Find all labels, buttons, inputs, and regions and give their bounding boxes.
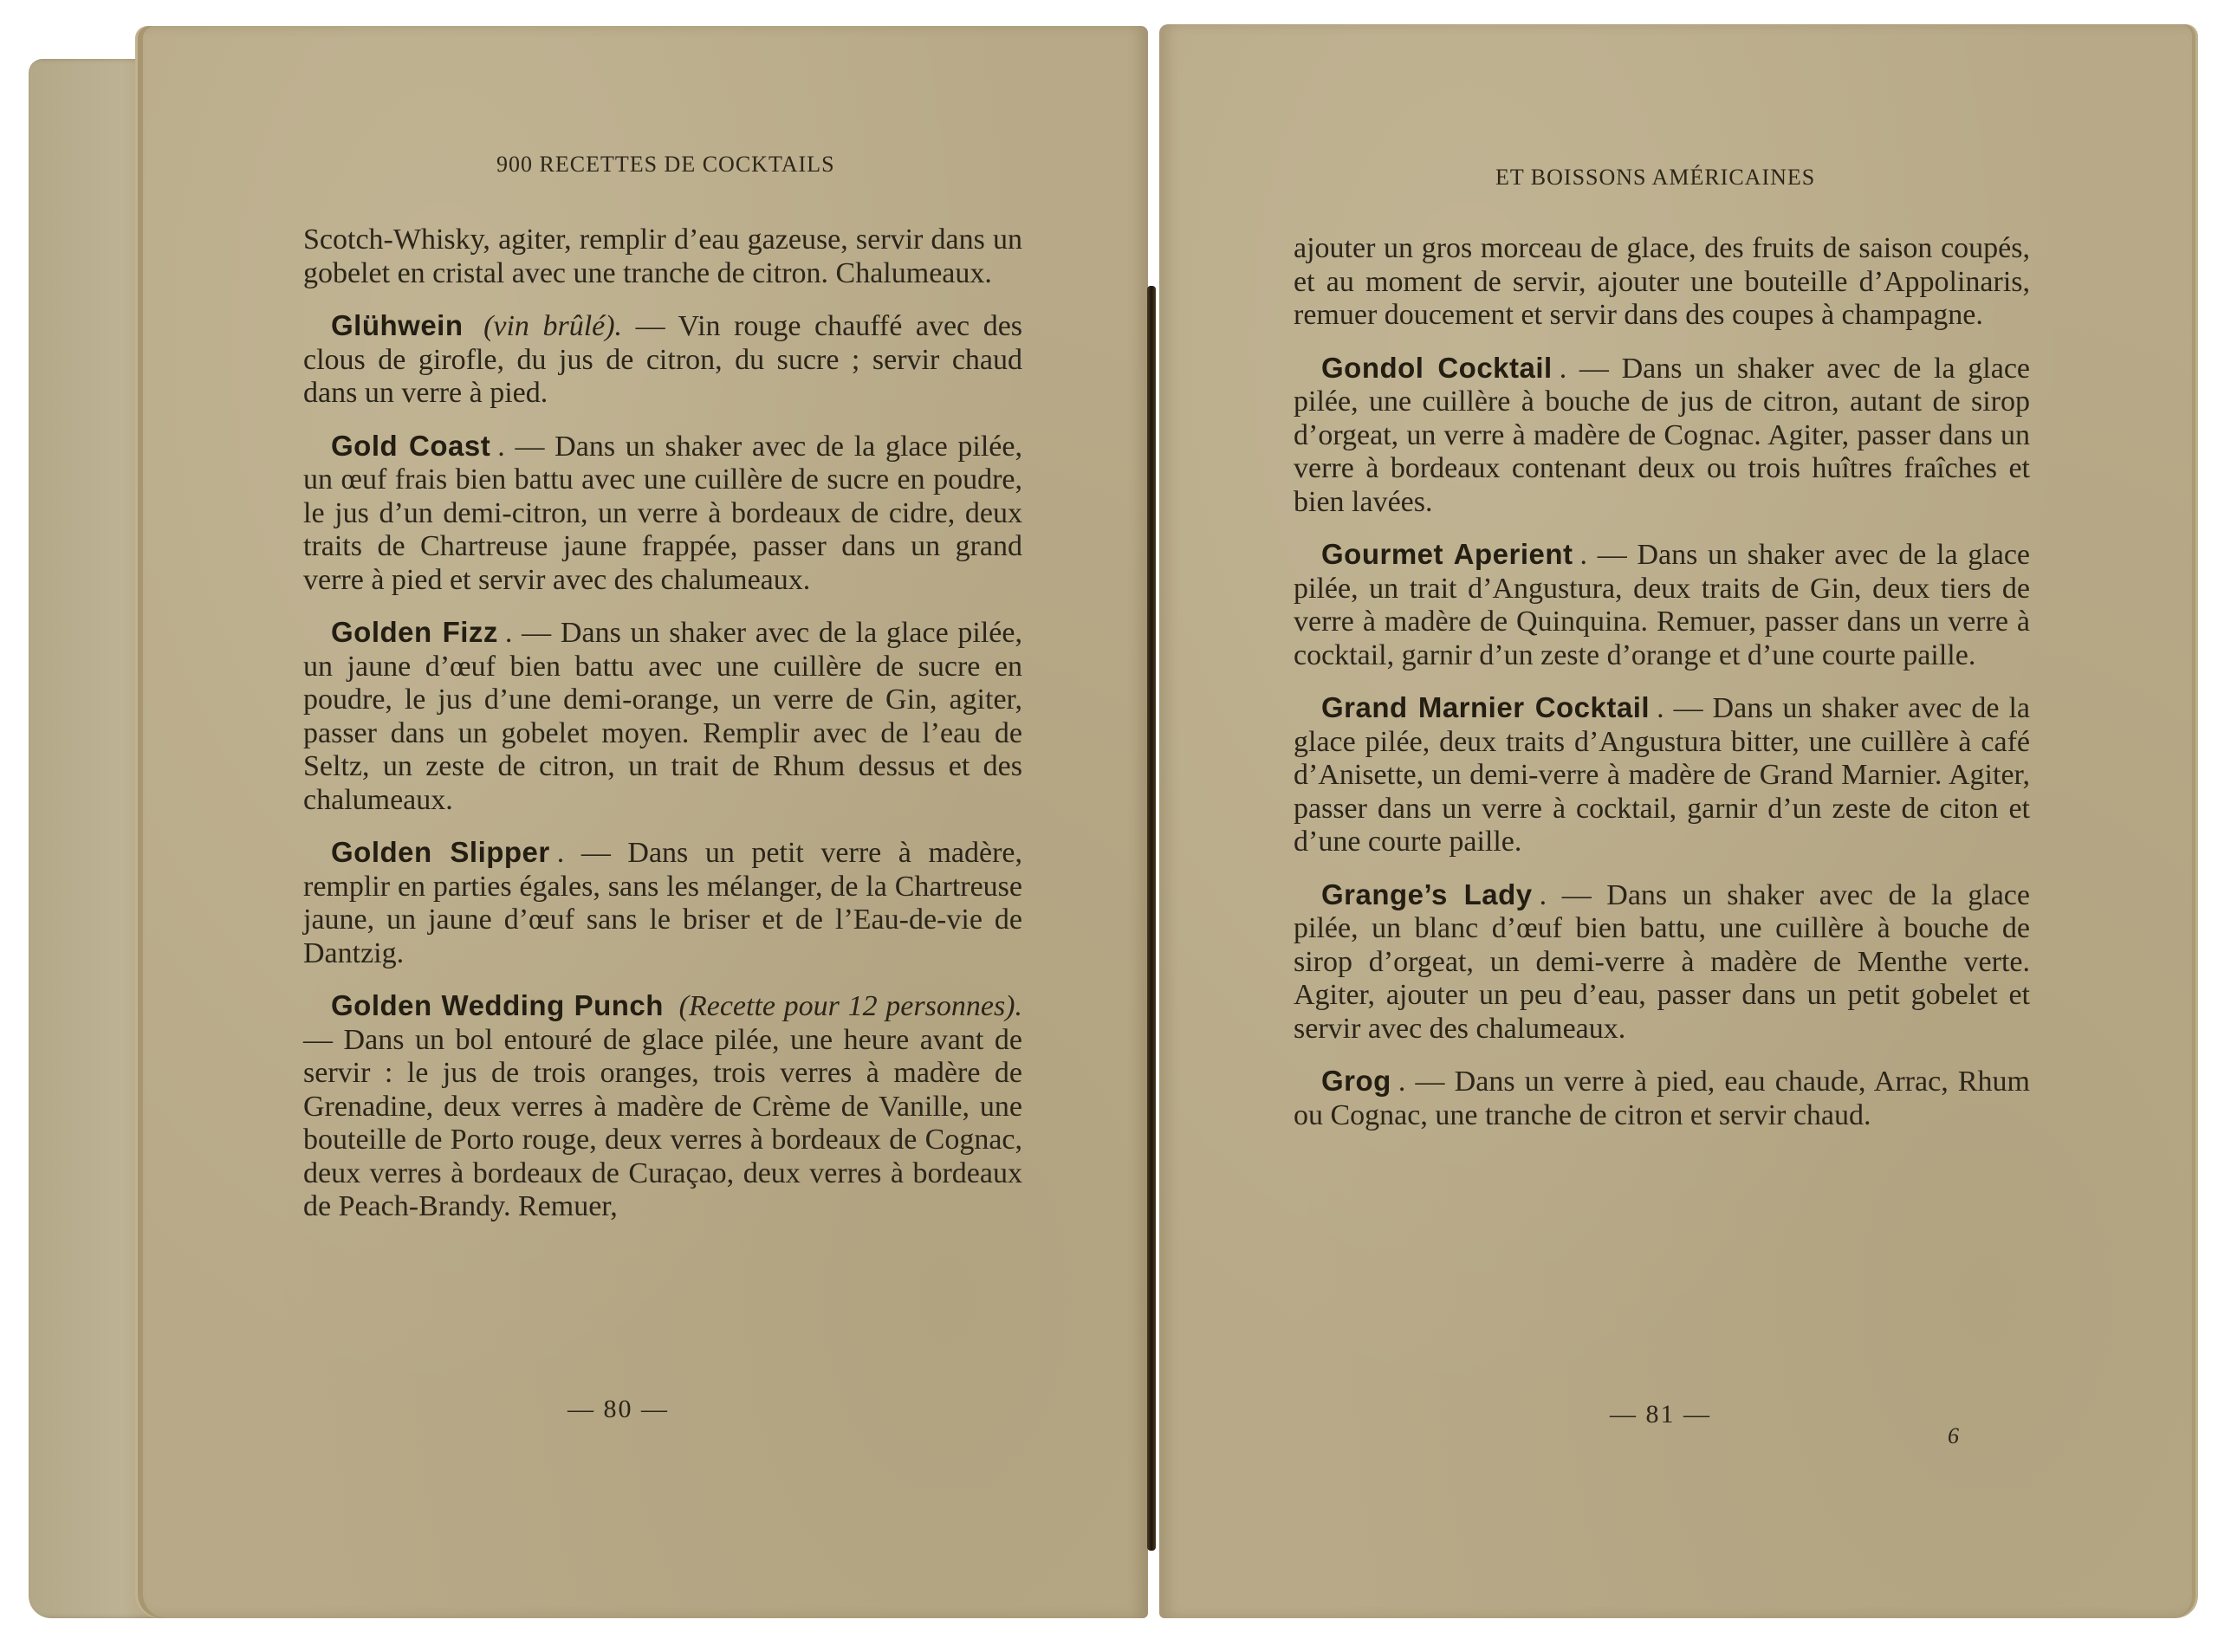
right-page: ET BOISSONS AMÉRICAINES ajouter un gros … (1159, 24, 2192, 1618)
recipe-entry: Glühwein (vin brûlé). — Vin rouge chauff… (303, 309, 1022, 411)
recipe-entry: Grog. — Dans un verre à pied, eau chaude… (1294, 1065, 2030, 1132)
page-number-right: — 81 — (1610, 1400, 1711, 1429)
recipe-title: Grange’s Lady (1321, 878, 1533, 910)
page-number-left: — 80 — (567, 1395, 669, 1424)
recipe-entry: Golden Fizz. — Dans un shaker avec de la… (303, 616, 1022, 817)
recipe-entry: Grange’s Lady. — Dans un shaker avec de … (1294, 878, 2030, 1046)
recipe-title: Gold Coast (331, 430, 490, 462)
running-head-right: ET BOISSONS AMÉRICAINES (1495, 165, 1815, 191)
recipe-text: . — Dans un verre à pied, eau chaude, Ar… (1294, 1066, 2030, 1131)
continuation-paragraph: ajouter un gros morceau de glace, des fr… (1294, 232, 2030, 333)
recipe-entry: Golden Slipper. — Dans un petit verre à … (303, 836, 1022, 970)
left-page-text: Scotch-Whisky, agiter, remplir d’eau gaz… (303, 224, 1022, 1243)
recipe-title: Golden Wedding Punch (331, 989, 664, 1021)
book-spine (1147, 286, 1156, 1551)
recipe-title: Golden Fizz (331, 616, 498, 648)
recipe-title: Gourmet Aperient (1321, 538, 1573, 570)
recipe-title: Grand Marnier Cocktail (1321, 691, 1650, 723)
recipe-note: (Recette pour 12 personnes). (679, 990, 1022, 1022)
signature-mark: 6 (1948, 1423, 1959, 1449)
recipe-entry: Grand Marnier Cocktail. — Dans un shaker… (1294, 691, 2030, 859)
recipe-entry: Gondol Cocktail. — Dans un shaker avec d… (1294, 352, 2030, 520)
right-page-text: ajouter un gros morceau de glace, des fr… (1294, 232, 2030, 1151)
recipe-text: — Dans un bol entouré de glace pilée, un… (303, 1024, 1022, 1223)
recipe-title: Gondol Cocktail (1321, 352, 1553, 384)
running-head-left: 900 RECETTES DE COCKTAILS (496, 152, 835, 178)
recipe-entry: Gourmet Aperient. — Dans un shaker avec … (1294, 538, 2030, 672)
continuation-paragraph: Scotch-Whisky, agiter, remplir d’eau gaz… (303, 224, 1022, 290)
recipe-note: (vin brûlé). (483, 310, 622, 342)
recipe-title: Golden Slipper (331, 836, 550, 868)
recipe-entry: Golden Wedding Punch (Recette pour 12 pe… (303, 989, 1022, 1224)
recipe-entry: Gold Coast. — Dans un shaker avec de la … (303, 430, 1022, 598)
left-page: 900 RECETTES DE COCKTAILS Scotch-Whisky,… (143, 26, 1148, 1618)
recipe-title: Glühwein (331, 309, 464, 341)
recipe-title: Grog (1321, 1065, 1391, 1097)
